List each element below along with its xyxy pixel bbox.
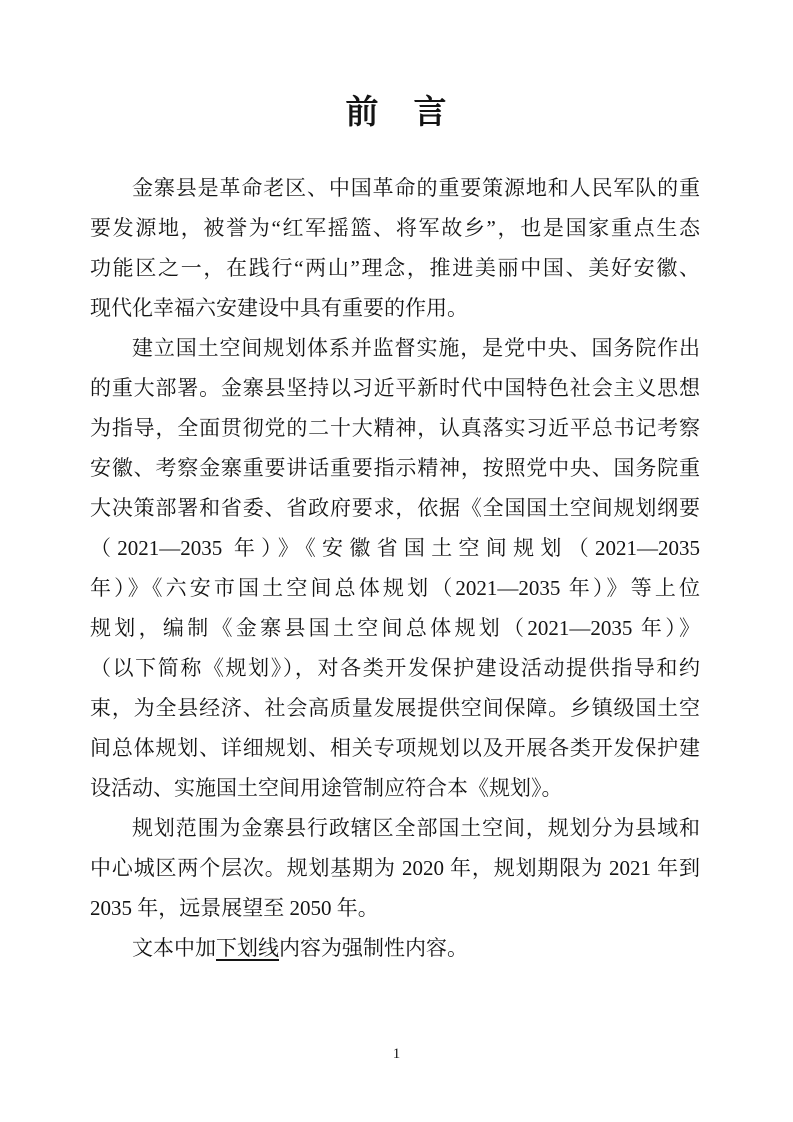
final-line-suffix: 内容为强制性内容。: [279, 936, 468, 960]
text-line: 功能区之一，在践行“两山”理念，推进美丽中国、美好安徽、: [90, 248, 700, 288]
paragraph-2: 建立国土空间规划体系并监督实施，是党中央、国务院作出 的重大部署。金寨县坚持以习…: [90, 328, 700, 808]
page-title: 前 言: [0, 94, 793, 132]
text-line: 年）》《六安市国土空间总体规划（2021—2035 年）》等上位: [90, 568, 700, 608]
document-page: 前 言 金寨县是革命老区、中国革命的重要策源地和人民军队的重 要发源地，被誉为“…: [0, 0, 793, 1122]
text-line: 的重大部署。金寨县坚持以习近平新时代中国特色社会主义思想: [90, 368, 700, 408]
text-line: 要发源地，被誉为“红军摇篮、将军故乡”，也是国家重点生态: [90, 208, 700, 248]
text-line: 束，为全县经济、社会高质量发展提供空间保障。乡镇级国土空: [90, 688, 700, 728]
text-line: 现代化幸福六安建设中具有重要的作用。: [90, 288, 700, 328]
text-line: 金寨县是革命老区、中国革命的重要策源地和人民军队的重: [90, 168, 700, 208]
text-line: 大决策部署和省委、省政府要求，依据《全国国土空间规划纲要: [90, 488, 700, 528]
paragraph-1: 金寨县是革命老区、中国革命的重要策源地和人民军队的重 要发源地，被誉为“红军摇篮…: [90, 168, 700, 328]
text-line: 规划，编制《金寨县国土空间总体规划（2021—2035 年）》: [90, 608, 700, 648]
text-line: （以下简称《规划》），对各类开发保护建设活动提供指导和约: [90, 648, 700, 688]
text-line: 2035 年，远景展望至 2050 年。: [90, 888, 700, 928]
text-line: 规划范围为金寨县行政辖区全部国土空间，规划分为县域和: [90, 808, 700, 848]
text-line: 设活动、实施国土空间用途管制应符合本《规划》。: [90, 768, 700, 808]
text-line: 中心城区两个层次。规划基期为 2020 年，规划期限为 2021 年到: [90, 848, 700, 888]
paragraph-3: 规划范围为金寨县行政辖区全部国土空间，规划分为县域和 中心城区两个层次。规划基期…: [90, 808, 700, 928]
text-line: 安徽、考察金寨重要讲话重要指示精神，按照党中央、国务院重: [90, 448, 700, 488]
text-line: 间总体规划、详细规划、相关专项规划以及开展各类开发保护建: [90, 728, 700, 768]
underlined-text: 下划线: [216, 936, 279, 960]
text-line: 建立国土空间规划体系并监督实施，是党中央、国务院作出: [90, 328, 700, 368]
text-line: （2021—2035 年）》《安徽省国土空间规划（2021—2035: [90, 528, 700, 568]
text-line: 为指导，全面贯彻党的二十大精神，认真落实习近平总书记考察: [90, 408, 700, 448]
text-line: 文本中加下划线内容为强制性内容。: [90, 928, 700, 968]
final-line-prefix: 文本中加: [132, 936, 216, 960]
paragraph-4: 文本中加下划线内容为强制性内容。: [90, 928, 700, 968]
page-number: 1: [0, 1044, 793, 1064]
document-body: 金寨县是革命老区、中国革命的重要策源地和人民军队的重 要发源地，被誉为“红军摇篮…: [0, 168, 793, 968]
